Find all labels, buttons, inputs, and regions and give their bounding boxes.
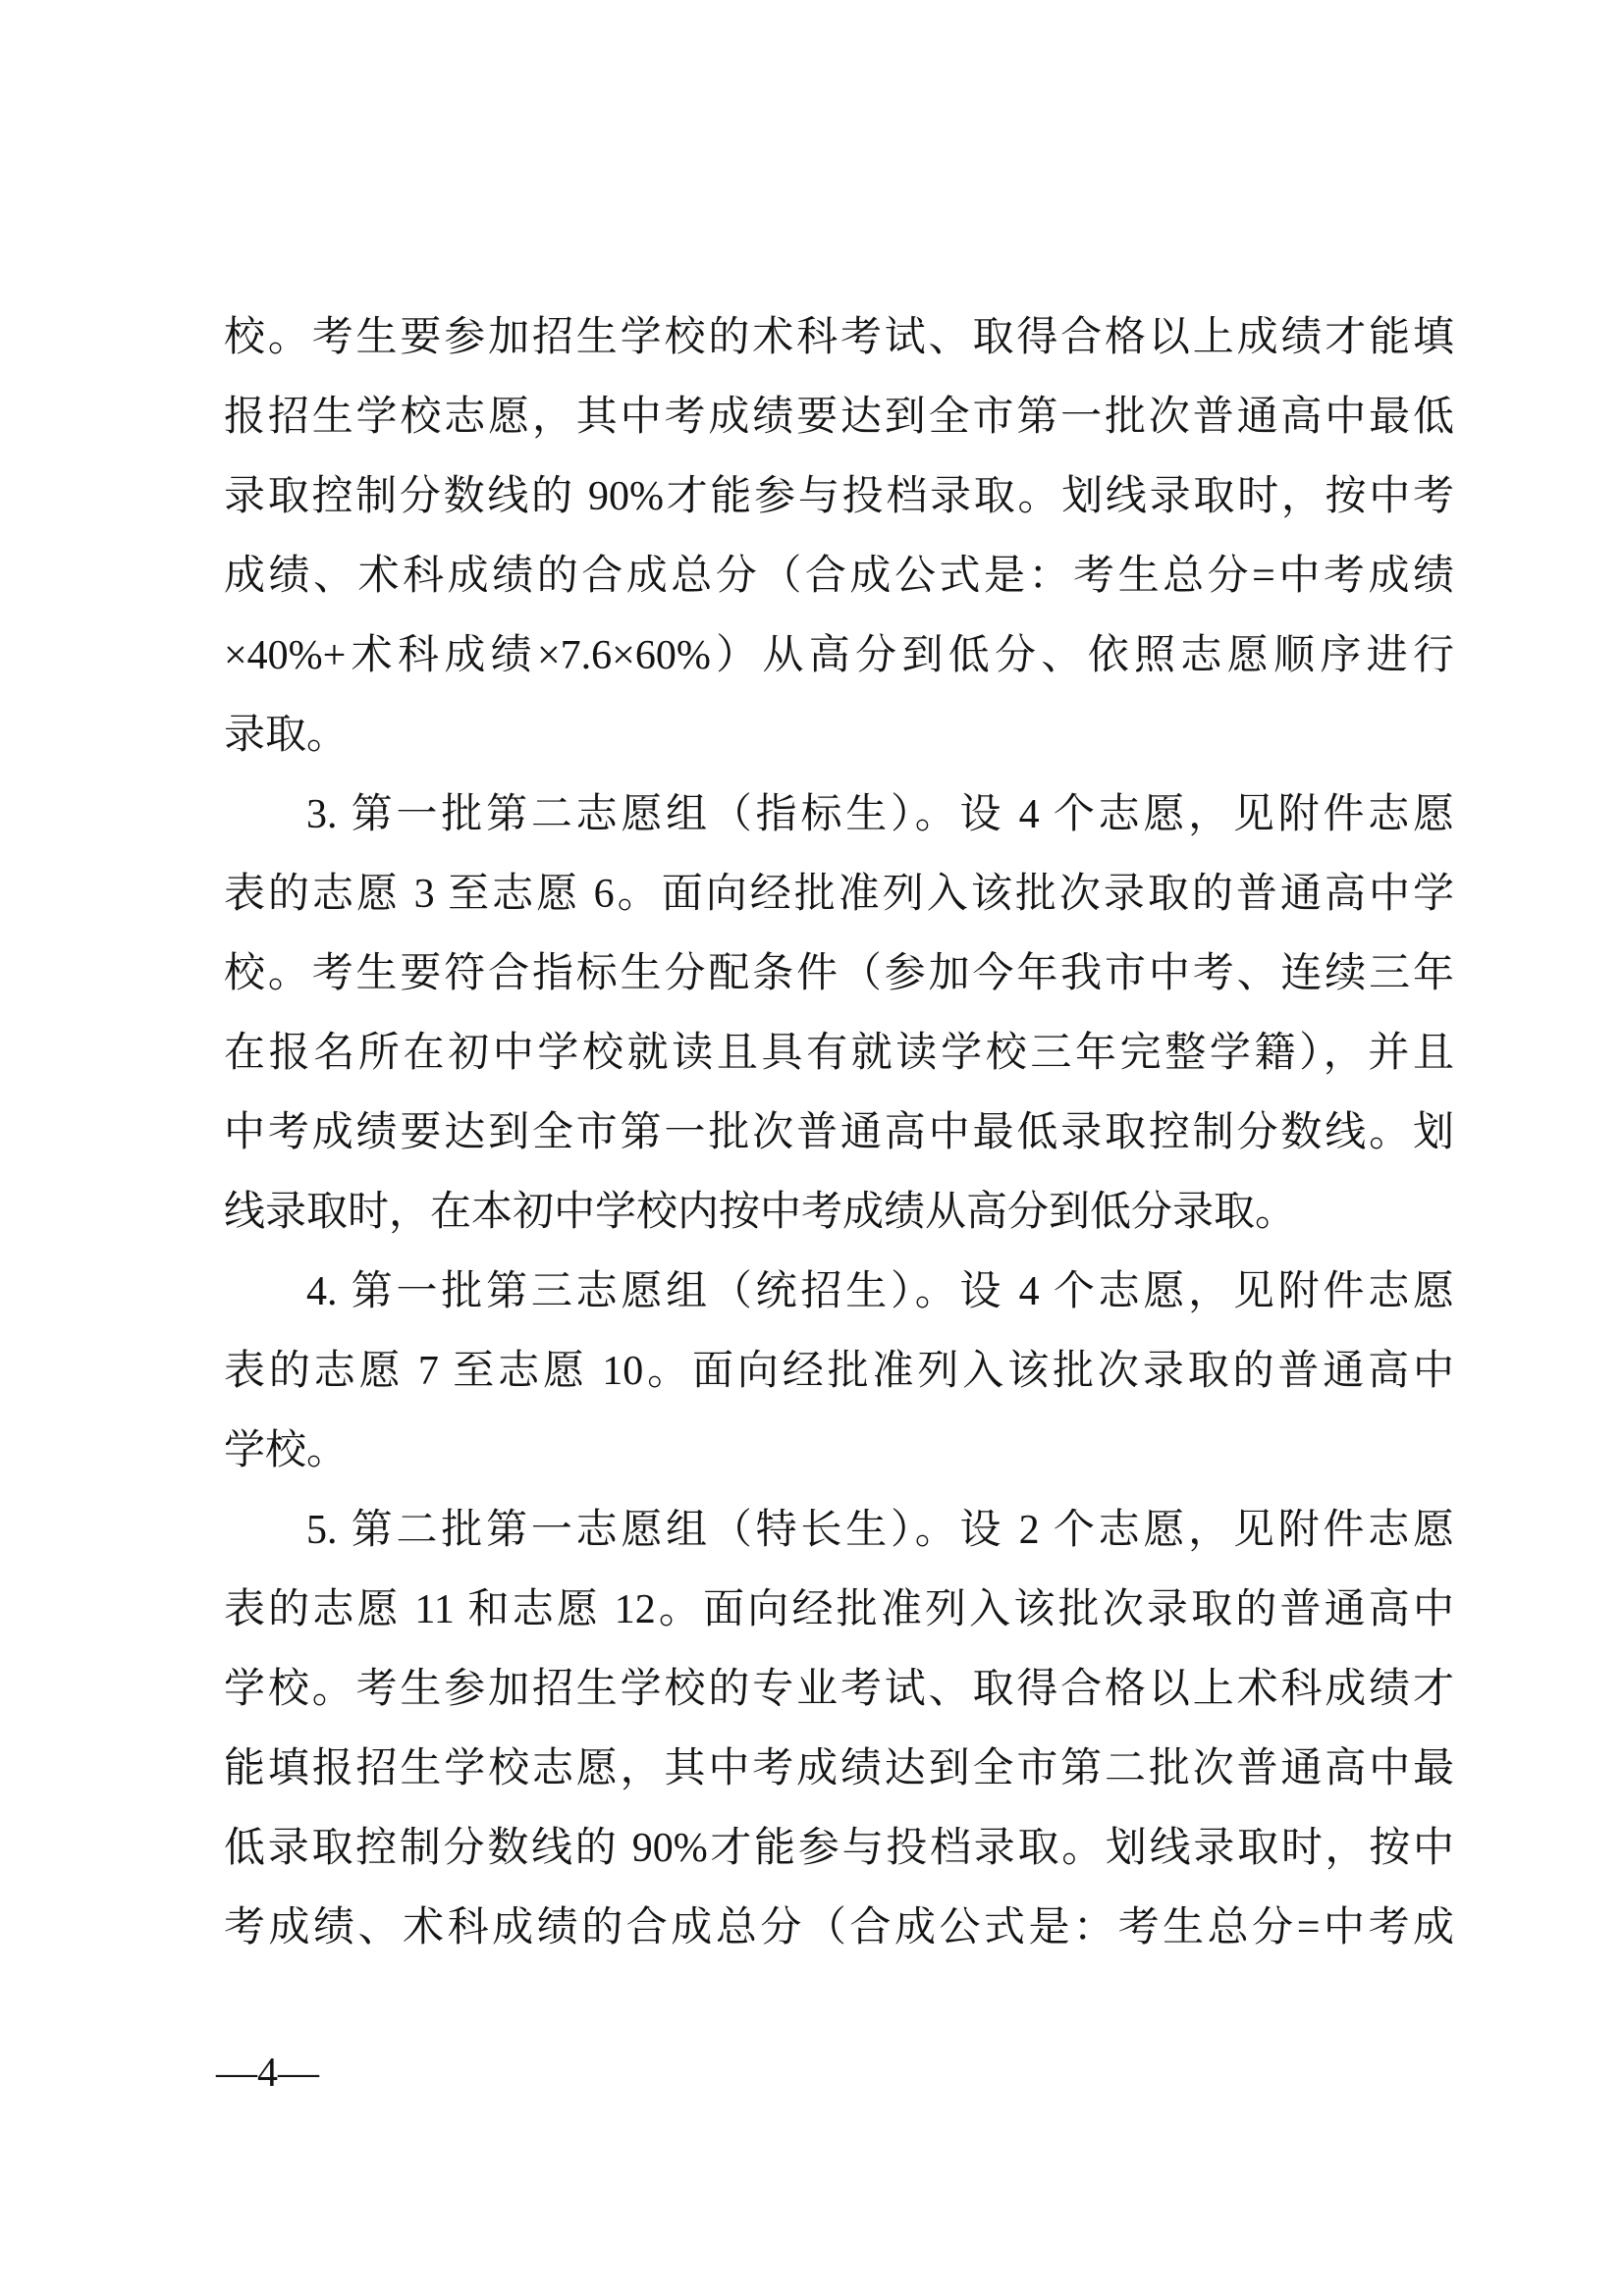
document-line: 表的志愿 7 至志愿 10。面向经批准列入该批次录取的普通高中: [224, 1332, 1454, 1412]
document-line: 录取。: [224, 696, 1454, 775]
document-line: 报招生学校志愿，其中考成绩要达到全市第一批次普通高中最低: [224, 378, 1454, 457]
document-line: 表的志愿 11 和志愿 12。面向经批准列入该批次录取的普通高中: [224, 1571, 1454, 1650]
document-line: 3. 第一批第二志愿组（指标生）。设 4 个志愿，见附件志愿: [224, 775, 1454, 855]
document-line: 考成绩、术科成绩的合成总分（合成公式是：考生总分=中考成: [224, 1889, 1454, 1968]
document-line: 成绩、术科成绩的合成总分（合成公式是：考生总分=中考成绩: [224, 537, 1454, 616]
document-line: 学校。考生参加招生学校的专业考试、取得合格以上术科成绩才: [224, 1650, 1454, 1730]
document-line: 中考成绩要达到全市第一批次普通高中最低录取控制分数线。划: [224, 1094, 1454, 1173]
document-line: 校。考生要参加招生学校的术科考试、取得合格以上成绩才能填: [224, 298, 1454, 378]
document-line: ×40%+术科成绩×7.6×60%）从高分到低分、依照志愿顺序进行: [224, 616, 1454, 696]
document-line: 4. 第一批第三志愿组（统招生）。设 4 个志愿，见附件志愿: [224, 1253, 1454, 1332]
document-line: 5. 第二批第一志愿组（特长生）。设 2 个志愿，见附件志愿: [224, 1491, 1454, 1571]
document-line: 表的志愿 3 至志愿 6。面向经批准列入该批次录取的普通高中学: [224, 855, 1454, 934]
document-line: 在报名所在初中学校就读且具有就读学校三年完整学籍），并且: [224, 1014, 1454, 1094]
page-number: —4—: [216, 2051, 319, 2096]
document-body: 校。考生要参加招生学校的术科考试、取得合格以上成绩才能填报招生学校志愿，其中考成…: [224, 298, 1454, 1968]
document-line: 校。考生要符合指标生分配条件（参加今年我市中考、连续三年: [224, 934, 1454, 1014]
page-footer: —4—: [216, 2044, 319, 2103]
document-line: 能填报招生学校志愿，其中考成绩达到全市第二批次普通高中最: [224, 1730, 1454, 1809]
document-line: 录取控制分数线的 90%才能参与投档录取。划线录取时，按中考: [224, 457, 1454, 537]
page: 校。考生要参加招生学校的术科考试、取得合格以上成绩才能填报招生学校志愿，其中考成…: [0, 0, 1624, 2296]
document-line: 低录取控制分数线的 90%才能参与投档录取。划线录取时，按中: [224, 1809, 1454, 1889]
document-line: 学校。: [224, 1412, 1454, 1491]
document-line: 线录取时，在本初中学校内按中考成绩从高分到低分录取。: [224, 1173, 1454, 1253]
